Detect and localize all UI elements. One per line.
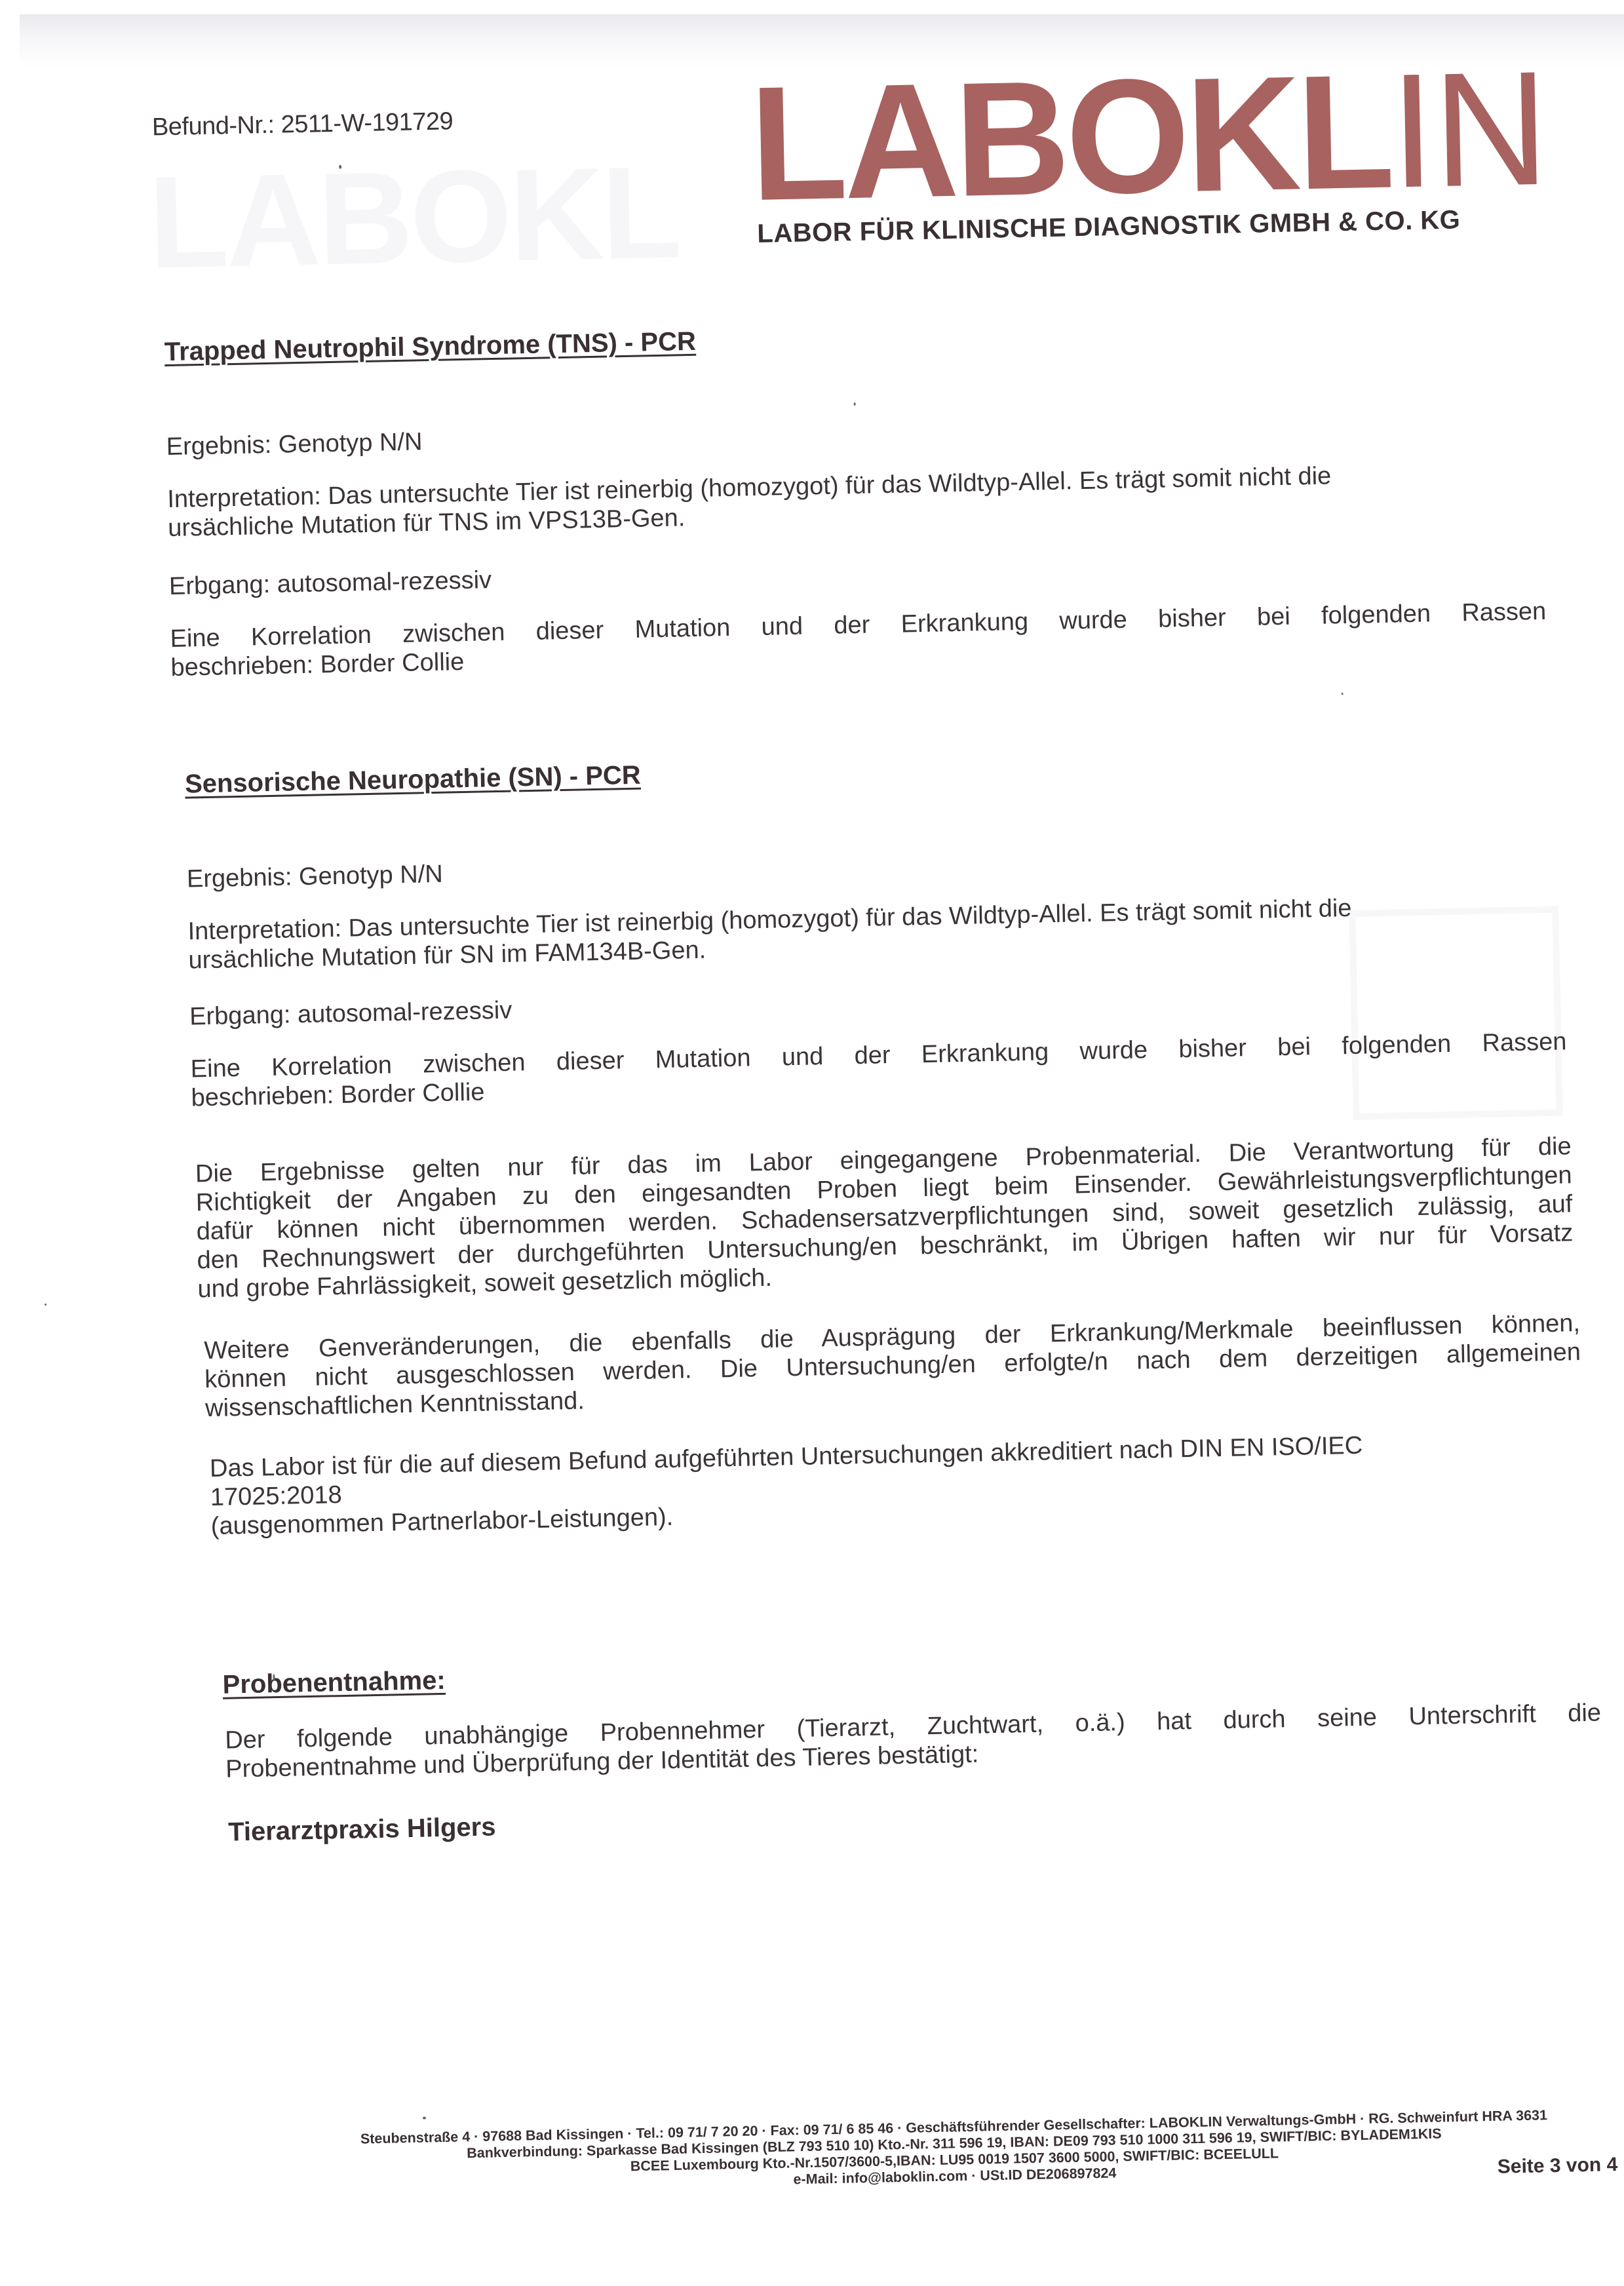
document-page: LABOKL Befund-Nr.: 2511-W-191729 LABOKLI… — [0, 0, 1624, 2285]
company-footer: Steubenstraße 4 · 97688 Bad Kissingen · … — [272, 2106, 1624, 2199]
laboklin-logo: LABOKLIN — [748, 47, 1549, 225]
scan-speck — [423, 2117, 426, 2120]
correlation-tns: Eine Korrelation zwischen dieser Mutatio… — [170, 597, 1547, 682]
inheritance-tns: Erbgang: autosomal-rezessiv — [169, 566, 492, 601]
sampling-practice-name: Tierarztpraxis Hilgers — [228, 1812, 496, 1847]
section-title-sn: Sensorische Neuropathie (SN) - PCR — [185, 761, 641, 800]
inheritance-sn: Erbgang: autosomal-rezessiv — [189, 996, 512, 1032]
logo-thin-part: IN — [1389, 37, 1549, 222]
logo-bold-part: LABOKL — [748, 39, 1393, 235]
interpretation-tns: Interpretation: Das untersuchte Tier ist… — [167, 461, 1332, 543]
interpretation-sn: Interpretation: Das untersuchte Tier ist… — [187, 894, 1353, 975]
scan-speck — [339, 165, 341, 169]
result-sn: Ergebnis: Genotyp N/N — [187, 860, 444, 894]
liability-disclaimer: Die Ergebnisse gelten nur für das im Lab… — [195, 1132, 1574, 1304]
scan-speck — [1342, 693, 1344, 695]
bleed-through-logo: LABOKL — [147, 137, 681, 298]
sampling-title: Probenentnahme: — [222, 1666, 446, 1700]
scan-speck — [854, 402, 856, 406]
scan-speck — [273, 1674, 275, 1680]
section-title-tns: Trapped Neutrophil Syndrome (TNS) - PCR — [164, 327, 696, 367]
genetic-disclaimer: Weitere Genveränderungen, die ebenfalls … — [204, 1309, 1581, 1423]
sampling-text: Der folgende unabhängige Probennehmer (T… — [225, 1699, 1602, 1784]
report-number: Befund-Nr.: 2511-W-191729 — [152, 107, 454, 142]
result-tns: Ergebnis: Genotyp N/N — [166, 427, 423, 461]
accreditation-note: Das Labor ist für die auf diesem Befund … — [210, 1431, 1364, 1541]
page-number: Seite 3 von 4 — [1497, 2154, 1617, 2179]
scan-speck — [45, 1304, 47, 1306]
